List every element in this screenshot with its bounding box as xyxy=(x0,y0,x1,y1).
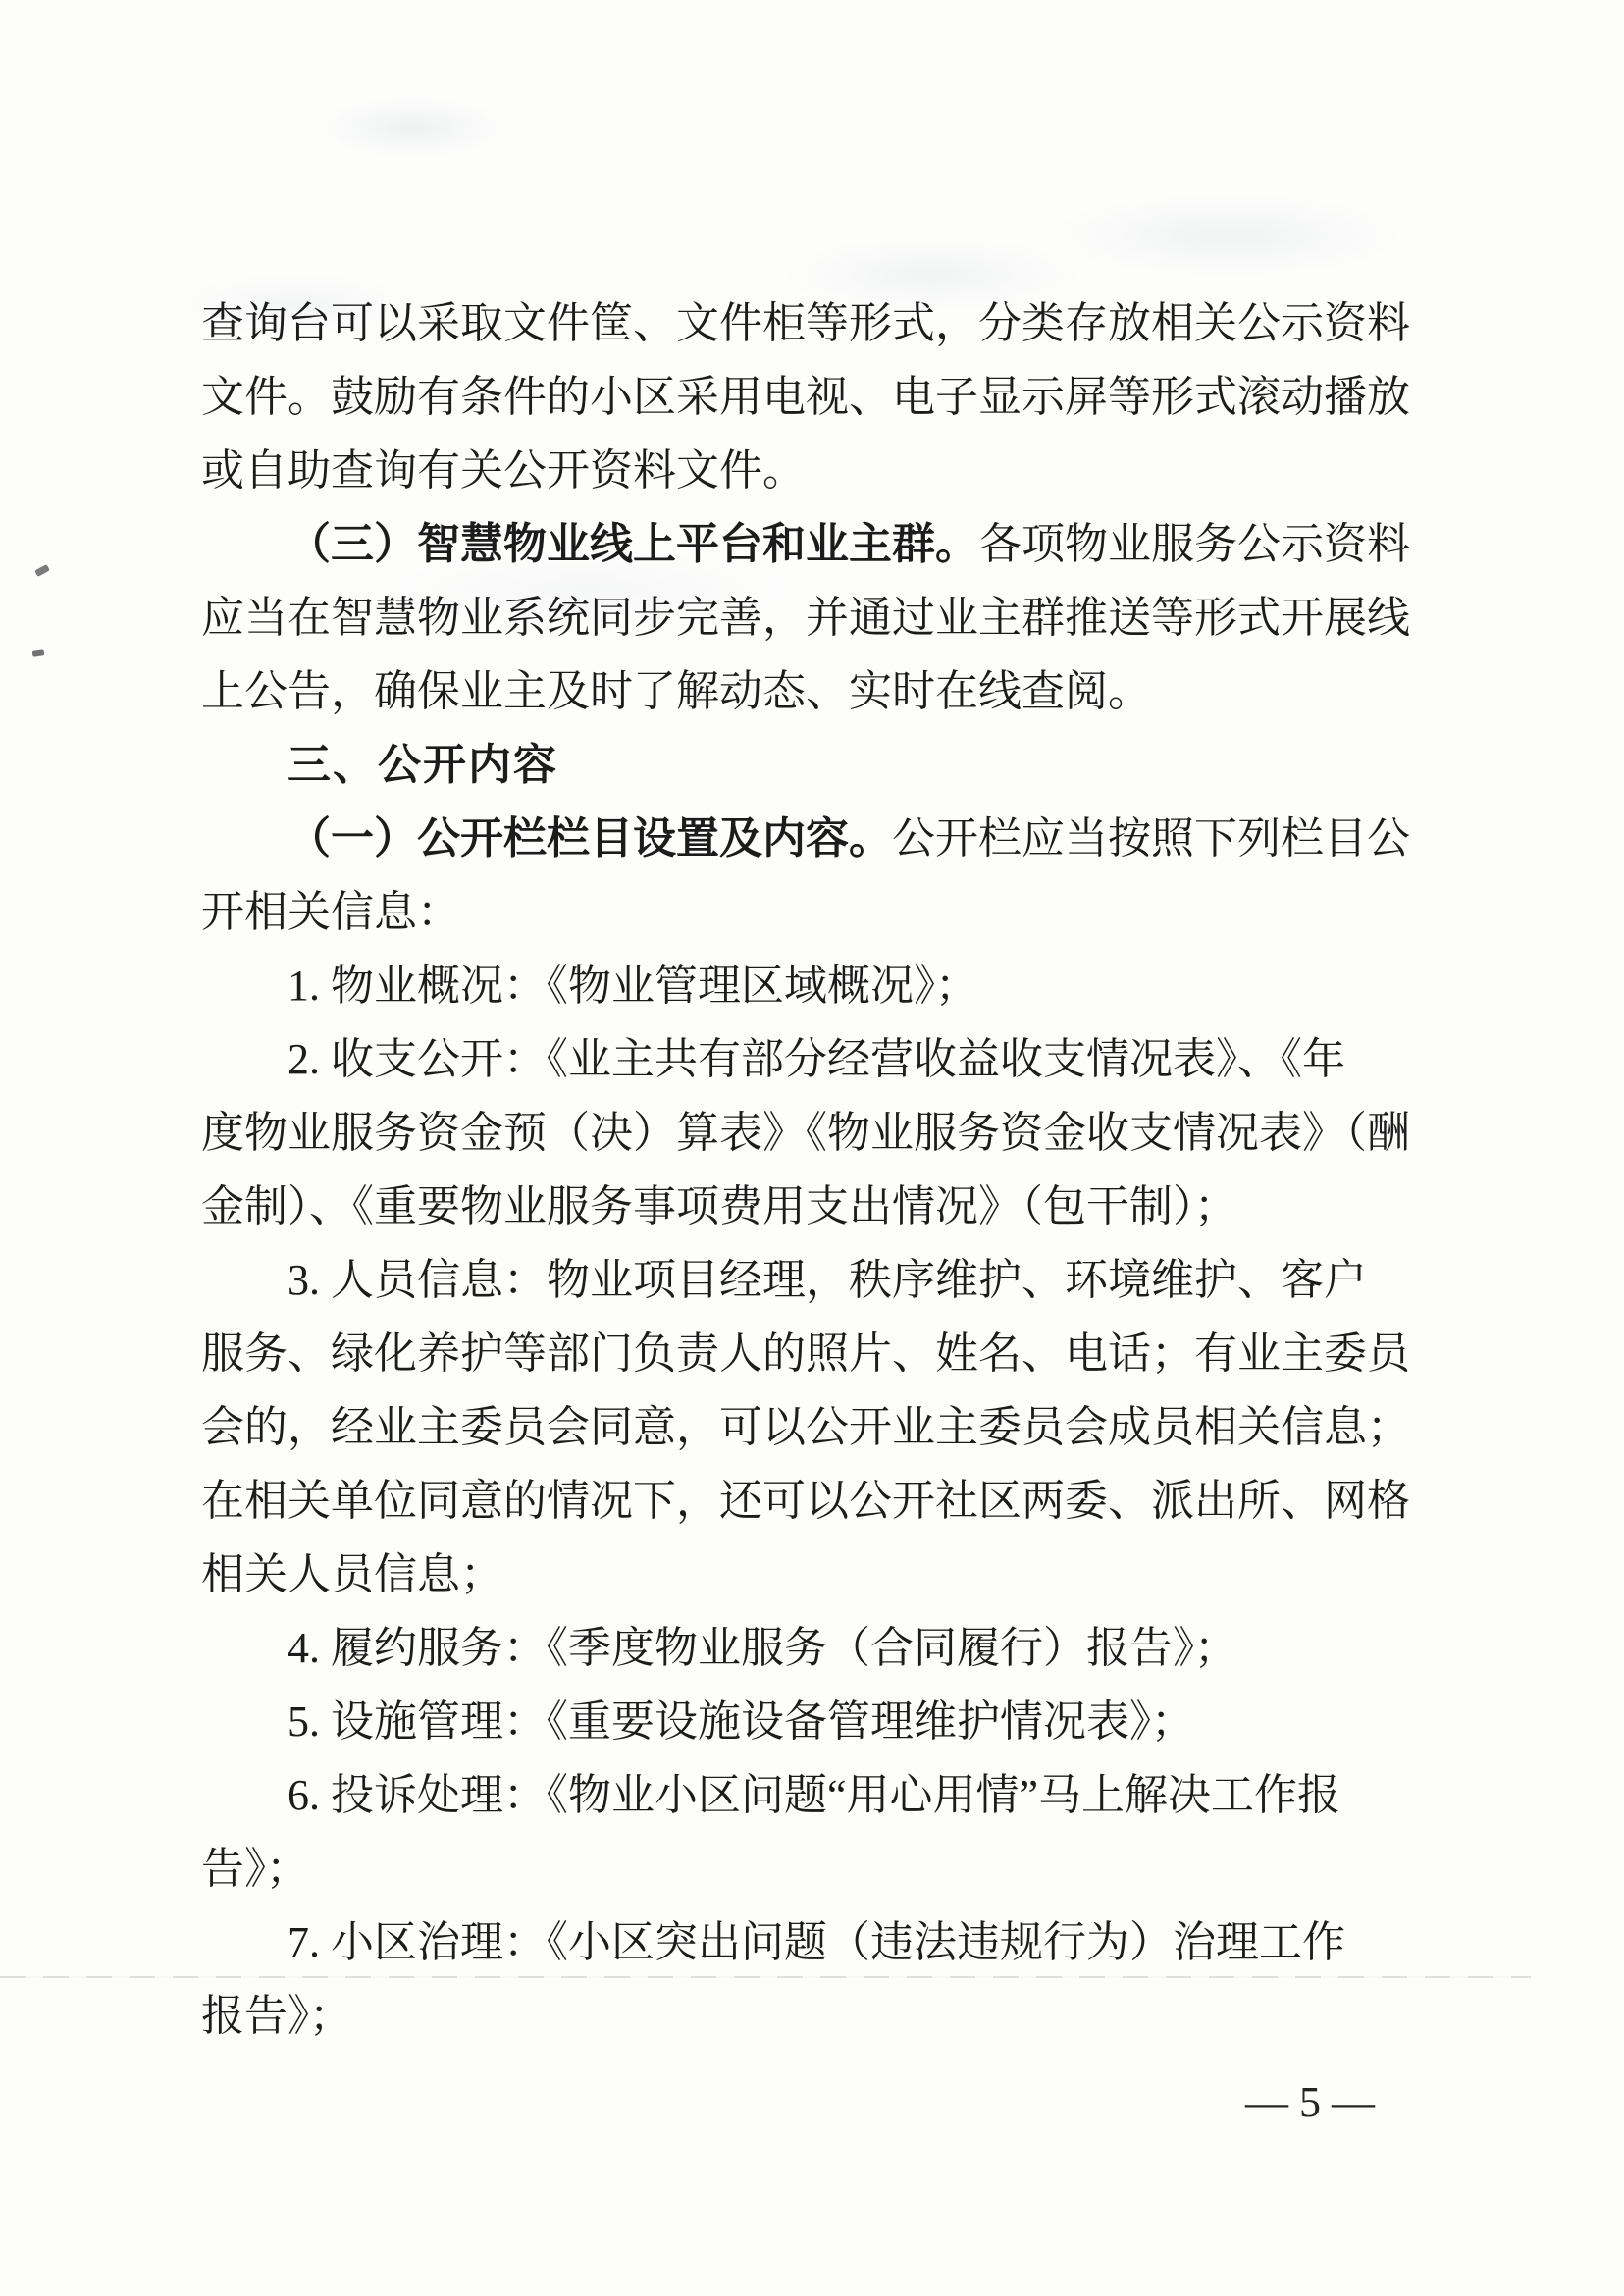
bold-text-run: 三、公开内容 xyxy=(288,741,558,789)
text-line: 度物业服务资金预（决）算表》《物业服务资金收支情况表》（酬 xyxy=(201,1096,1418,1170)
text-line: 相关人员信息； xyxy=(201,1538,1418,1611)
text-run: 6. 投诉处理：《物业小区问题“用心用情”马上解决工作报 xyxy=(288,1771,1340,1819)
text-line: 服务、绿化养护等部门负责人的照片、姓名、电话；有业主委员 xyxy=(201,1317,1418,1390)
text-run: 或自助查询有关公开资料文件。 xyxy=(201,446,806,495)
text-run: 查询台可以采取文件筐、文件柜等形式，分类存放相关公示资料 xyxy=(201,299,1410,347)
scan-speck-artifact xyxy=(32,649,45,657)
text-run: 金制）、《重要物业服务事项费用支出情况》（包干制）； xyxy=(201,1182,1237,1230)
text-run: 公开栏应当按照下列栏目公 xyxy=(892,814,1410,862)
page-number: — 5 — xyxy=(1202,2068,1418,2137)
text-line: 报告》； xyxy=(201,1979,1418,2053)
text-line: 1. 物业概况：《物业管理区域概况》； xyxy=(201,949,1418,1022)
scan-speck-artifact xyxy=(34,564,50,577)
text-line: 应当在智慧物业系统同步完善，并通过业主群推送等形式开展线 xyxy=(201,581,1418,654)
text-run: 上公告，确保业主及时了解动态、实时在线查阅。 xyxy=(201,667,1151,715)
text-run: 各项物业服务公示资料 xyxy=(978,520,1410,568)
bold-text-run: （三）智慧物业线上平台和业主群。 xyxy=(288,520,978,568)
text-line: （一）公开栏栏目设置及内容。公开栏应当按照下列栏目公 xyxy=(201,802,1418,875)
text-line: 告》； xyxy=(201,1832,1418,1905)
text-line: （三）智慧物业线上平台和业主群。各项物业服务公示资料 xyxy=(201,507,1418,581)
text-line: 2. 收支公开：《业主共有部分经营收益收支情况表》、《年 xyxy=(201,1022,1418,1096)
bold-text-run: （一）公开栏栏目设置及内容。 xyxy=(288,814,892,862)
text-run: 告》； xyxy=(201,1845,309,1893)
text-run: 度物业服务资金预（决）算表》《物业服务资金收支情况表》（酬 xyxy=(201,1109,1410,1157)
text-run: 7. 小区治理：《小区突出问题（违法违规行为）治理工作 xyxy=(288,1918,1345,1966)
text-line: 上公告，确保业主及时了解动态、实时在线查阅。 xyxy=(201,654,1418,728)
text-run: 报告》； xyxy=(201,1992,352,2040)
text-run: 5. 设施管理：《重要设施设备管理维护情况表》； xyxy=(288,1697,1194,1746)
document-body: 查询台可以采取文件筐、文件柜等形式，分类存放相关公示资料文件。鼓励有条件的小区采… xyxy=(201,287,1418,2053)
scanned-document-page: 查询台可以采取文件筐、文件柜等形式，分类存放相关公示资料文件。鼓励有条件的小区采… xyxy=(0,0,1624,2296)
text-run: 相关人员信息； xyxy=(201,1550,503,1598)
text-line: 4. 履约服务：《季度物业服务（合同履行）报告》； xyxy=(201,1611,1418,1685)
text-line: 3. 人员信息：物业项目经理，秩序维护、环境维护、客户 xyxy=(201,1243,1418,1317)
text-run: 应当在智慧物业系统同步完善，并通过业主群推送等形式开展线 xyxy=(201,594,1410,642)
text-line: 7. 小区治理：《小区突出问题（违法违规行为）治理工作 xyxy=(201,1905,1418,1979)
text-line: 开相关信息： xyxy=(201,875,1418,949)
text-run: 在相关单位同意的情况下，还可以公开社区两委、派出所、网格 xyxy=(201,1477,1410,1525)
text-line: 会的，经业主委员会同意，可以公开业主委员会成员相关信息； xyxy=(201,1390,1418,1464)
text-line: 或自助查询有关公开资料文件。 xyxy=(201,434,1418,507)
text-run: 1. 物业概况：《物业管理区域概况》； xyxy=(288,962,978,1010)
text-run: 4. 履约服务：《季度物业服务（合同履行）报告》； xyxy=(288,1624,1237,1672)
section-heading: 三、公开内容 xyxy=(201,728,1418,802)
text-run: 3. 人员信息：物业项目经理，秩序维护、环境维护、客户 xyxy=(288,1256,1367,1304)
text-run: 文件。鼓励有条件的小区采用电视、电子显示屏等形式滚动播放 xyxy=(201,373,1410,421)
text-line: 文件。鼓励有条件的小区采用电视、电子显示屏等形式滚动播放 xyxy=(201,360,1418,434)
text-line: 在相关单位同意的情况下，还可以公开社区两委、派出所、网格 xyxy=(201,1464,1418,1538)
text-line: 金制）、《重要物业服务事项费用支出情况》（包干制）； xyxy=(201,1170,1418,1243)
text-run: 2. 收支公开：《业主共有部分经营收益收支情况表》、《年 xyxy=(288,1035,1345,1083)
text-line: 5. 设施管理：《重要设施设备管理维护情况表》； xyxy=(201,1685,1418,1758)
text-run: 开相关信息： xyxy=(201,888,460,936)
page-number-label: — 5 — xyxy=(1245,2078,1375,2126)
text-run: 服务、绿化养护等部门负责人的照片、姓名、电话；有业主委员 xyxy=(201,1330,1410,1378)
text-line: 6. 投诉处理：《物业小区问题“用心用情”马上解决工作报 xyxy=(201,1758,1418,1832)
text-run: 会的，经业主委员会同意，可以公开业主委员会成员相关信息； xyxy=(201,1403,1410,1451)
text-line: 查询台可以采取文件筐、文件柜等形式，分类存放相关公示资料 xyxy=(201,287,1418,360)
